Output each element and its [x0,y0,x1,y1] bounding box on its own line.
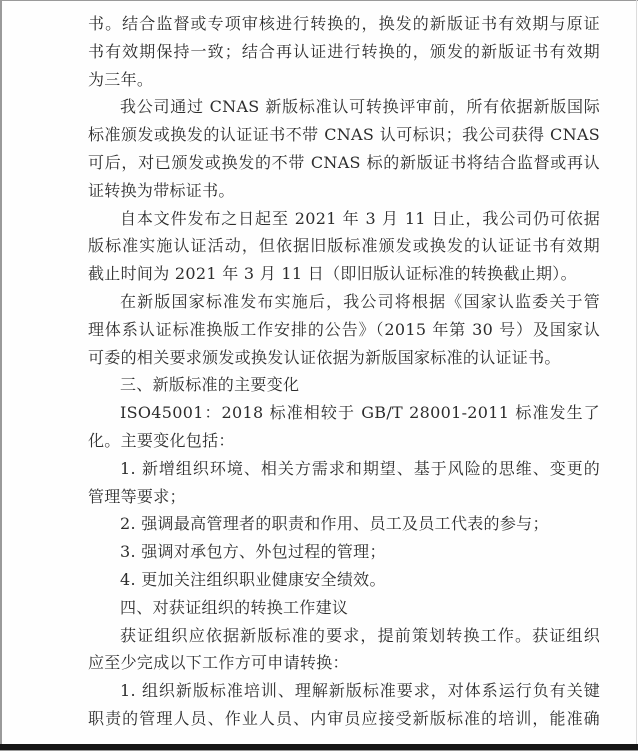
text-line: 应至少完成以下工作方可申请转换： [88,649,600,677]
text-line: 为三年。 [88,66,600,94]
scan-edge-left [0,0,2,751]
scan-edge-right [636,0,637,751]
document-text: 书。结合监督或专项审核进行转换的，换发的新版证书有效期与原证书有效期保持一致；结… [88,10,600,733]
scan-edge-top [0,0,638,1]
text-line: 2. 强调最高管理者的职责和作用、员工及员工代表的参与； [88,510,600,538]
document-page: 书。结合监督或专项审核进行转换的，换发的新版证书有效期与原证书有效期保持一致；结… [0,0,638,751]
text-line: 获证组织应依据新版标准的要求，提前策划转换工作。获证组织 [88,622,600,650]
text-line: 职责的管理人员、作业人员、内审员应接受新版标准的培训，能准确 [88,705,600,733]
text-line: 管理等要求； [88,483,600,511]
text-line: 在新版国家标准发布实施后，我公司将根据《国家认监委关于管 [88,288,600,316]
text-line: 1. 新增组织环境、相关方需求和期望、基于风险的思维、变更的 [88,455,600,483]
text-line: 三、新版标准的主要变化 [88,371,600,399]
text-line: 截止时间为 2021 年 3 月 11 日（即旧版认证标准的转换截止期）。 [88,260,600,288]
text-line: 化。主要变化包括： [88,427,600,455]
text-line: 版标准实施认证活动，但依据旧版标准颁发或换发的认证证书有效期 [88,232,600,260]
text-line: 可委的相关要求颁发或换发认证依据为新版国家标准的认证证书。 [88,344,600,372]
text-line: 自本文件发布之日起至 2021 年 3 月 11 日止，我公司仍可依据旧 [88,205,600,233]
text-line: 书。结合监督或专项审核进行转换的，换发的新版证书有效期与原证 [88,10,600,38]
text-line: 四、对获证组织的转换工作建议 [88,594,600,622]
text-line: 我公司通过 CNAS 新版标准认可转换评审前，所有依据新版国际 [88,93,600,121]
text-line: 理体系认证标准换版工作安排的公告》（2015 年第 30 号）及国家认 [88,316,600,344]
text-line: 书有效期保持一致；结合再认证进行转换的，颁发的新版证书有效期 [88,38,600,66]
text-line: 4. 更加关注组织职业健康安全绩效。 [88,566,600,594]
text-line: 3. 强调对承包方、外包过程的管理； [88,538,600,566]
text-line: 证转换为带标证书。 [88,177,600,205]
text-line: ISO45001：2018 标准相较于 GB/T 28001-2011 标准发生… [88,399,600,427]
text-line: 1. 组织新版标准培训、理解新版标准要求，对体系运行负有关键 [88,677,600,705]
text-line: 标准颁发或换发的认证证书不带 CNAS 认可标识；我公司获得 CNAS 认 [88,121,600,149]
text-line: 可后，对已颁发或换发的不带 CNAS 标的新版证书将结合监督或再认 [88,149,600,177]
